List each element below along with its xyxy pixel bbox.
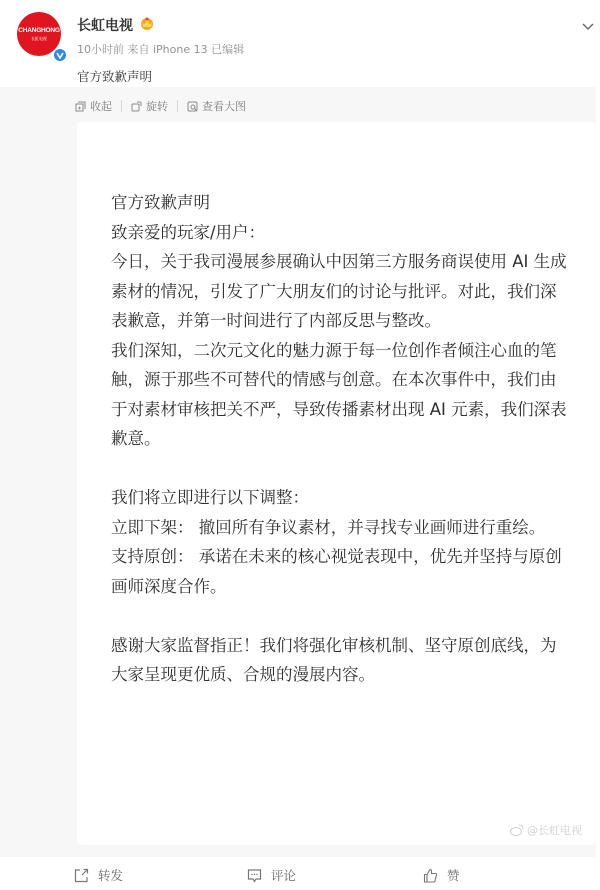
post-text: 官方致歉声明 [77,67,152,85]
statement-greeting: 致亲爱的玩家/用户： [111,218,571,248]
rotate-label: 旋转 [146,98,168,114]
comment-button[interactable]: 评论 [247,866,296,884]
avatar-brand: CHANGHONG [18,27,60,34]
post-meta: 10小时前 来自 iPhone 13 已编辑 [77,41,244,57]
statement-paragraph-1: 今日，关于我司漫展参展确认中因第三方服务商误使用 AI 生成素材的情况，引发了广… [111,247,571,336]
watermark-text: @长虹电视 [527,822,582,838]
rotate-button[interactable]: 旋转 [131,98,168,114]
collapse-button[interactable]: 收起 [75,98,112,114]
verified-badge-icon [53,48,67,62]
collapse-label: 收起 [90,98,112,114]
collapse-icon [75,101,86,112]
view-large-icon [187,101,198,112]
statement-item-1: 立即下架： 撤回所有争议素材，并寻找专业画师进行重绘。 [111,513,571,543]
weibo-watermark: @长虹电视 [510,822,582,838]
like-button[interactable]: 赞 [423,866,460,884]
weibo-logo-icon [510,824,524,836]
view-large-label: 查看大图 [202,98,246,114]
avatar-brand-sub: 长虹电视 [31,36,47,42]
repost-button[interactable]: 转发 [74,866,123,884]
statement-closing: 感谢大家监督指正！我们将强化审核机制、坚守原创底线，为大家呈现更优质、合规的漫展… [111,631,571,690]
post-header: CHANGHONG 长虹电视 长虹电视 10小时前 来自 iPhone 13 已… [0,0,600,85]
user-name[interactable]: 长虹电视 [77,15,133,35]
weibo-post: CHANGHONG 长虹电视 长虹电视 10小时前 来自 iPhone 13 已… [0,0,600,890]
spacer [111,454,571,484]
statement-title: 官方致歉声明 [111,188,571,218]
chevron-down-icon[interactable] [582,16,594,24]
statement-item-2: 支持原创： 承诺在未来的核心视觉表现中，优先并坚持与原创画师深度合作。 [111,542,571,601]
comment-icon [247,868,262,883]
repost-icon [74,868,89,883]
rotate-icon [131,101,142,112]
spacer [111,601,571,631]
toolbar-divider [121,100,122,112]
image-toolbar: 收起 旋转 查看大图 [75,96,246,116]
crown-icon [139,15,155,29]
statement-adjust-intro: 我们将立即进行以下调整： [111,483,571,513]
view-large-button[interactable]: 查看大图 [187,98,246,114]
thumbs-up-icon [423,868,438,883]
toolbar-divider [177,100,178,112]
statement-paragraph-2: 我们深知，二次元文化的魅力源于每一位创作者倾注心血的笔触，源于那些不可替代的情感… [111,336,571,454]
repost-label: 转发 [98,866,123,884]
like-label: 赞 [447,866,460,884]
comment-label: 评论 [271,866,296,884]
statement-text: 官方致歉声明 致亲爱的玩家/用户： 今日，关于我司漫展参展确认中因第三方服务商误… [111,188,571,690]
